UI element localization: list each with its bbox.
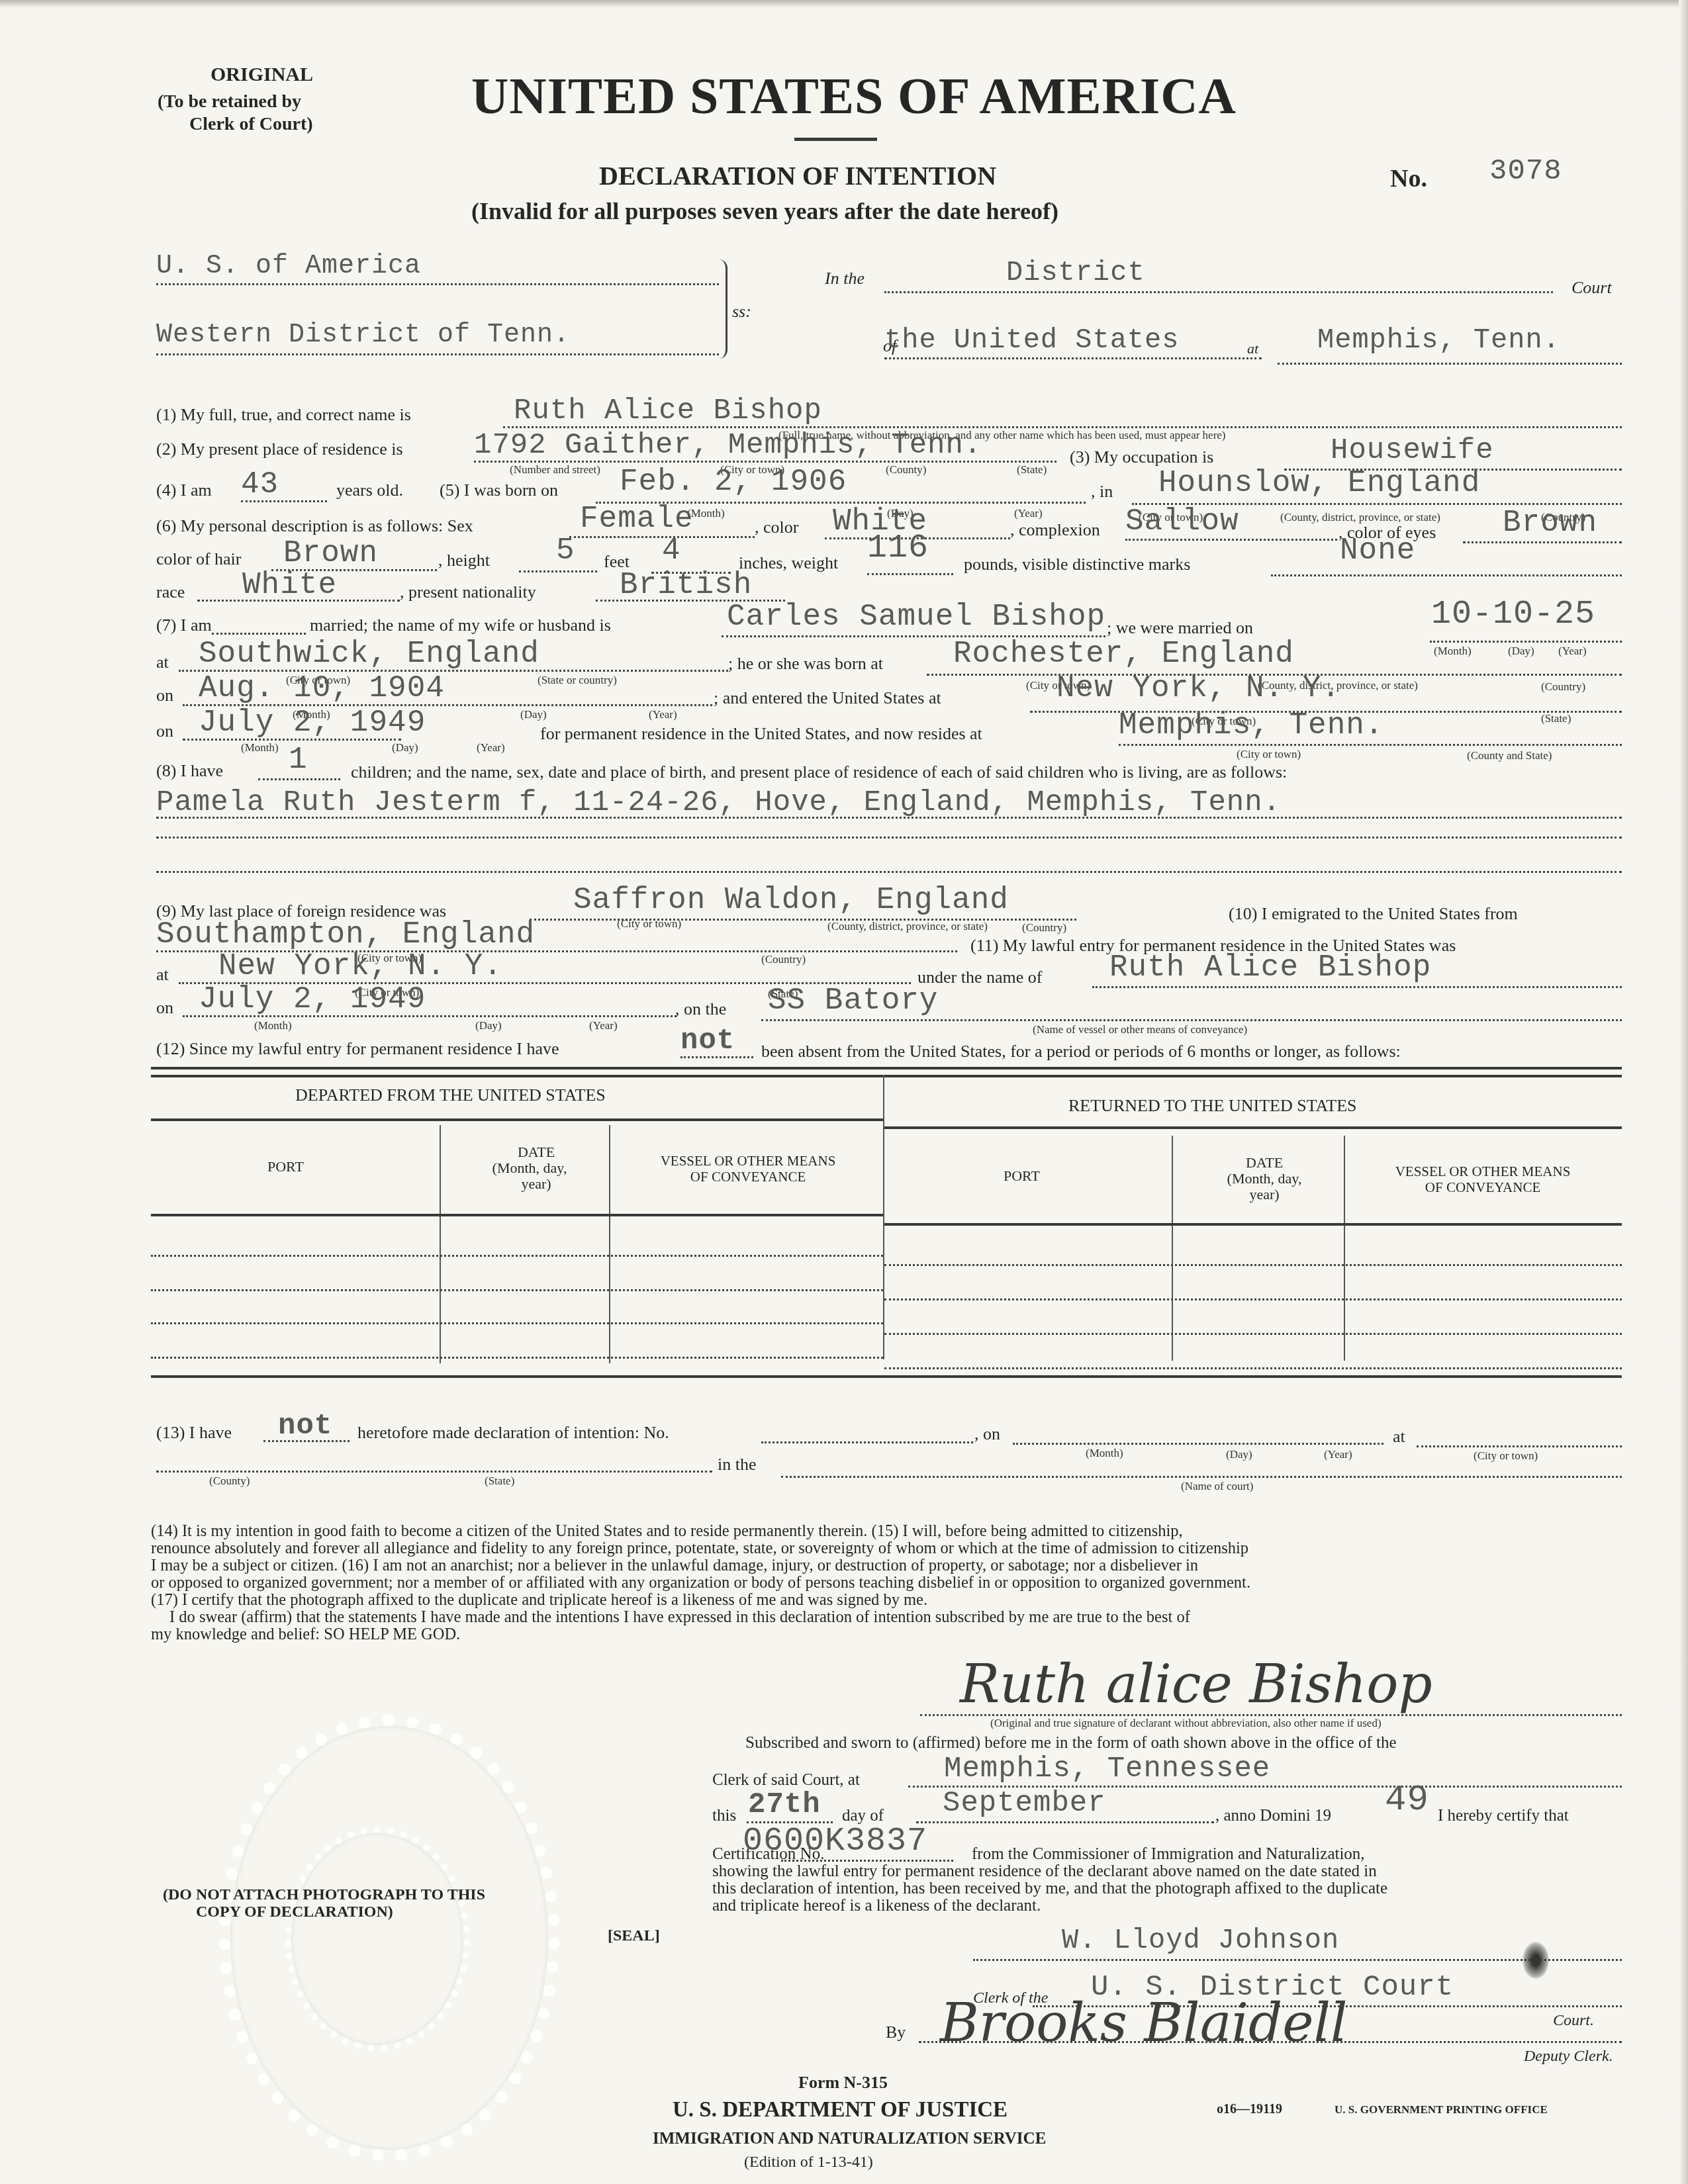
married-label: married; the name of my wife or husband … (310, 615, 611, 635)
in-label: , in (1091, 482, 1113, 502)
prior-state-sub: (State) (485, 1475, 514, 1488)
children-line-1: Pamela Ruth Jesterm f, 11-24-26, Hove, E… (156, 786, 1281, 819)
entry-day-sub: (Day) (475, 1019, 502, 1032)
marks: None (1340, 533, 1415, 568)
full-name-line (503, 426, 1622, 428)
hair-label: color of hair (156, 549, 242, 569)
at-label: at (1247, 340, 1258, 357)
color-label: , color (755, 518, 798, 537)
children-rule-2 (156, 837, 1622, 839)
absent-line (680, 1056, 753, 1058)
height-feet: 5 (556, 533, 575, 568)
foreign-county-sub: (County, district, province, or state) (827, 920, 988, 933)
race-label: race (156, 582, 185, 602)
q4-label: (4) I am (156, 480, 212, 500)
marriage-month-sub: (Month) (1434, 645, 1472, 658)
entry-date-line (183, 1015, 677, 1017)
returned-col-date-3: year) (1192, 1186, 1337, 1203)
venue-brace (719, 259, 727, 359)
anno-label: , anno Domini 19 (1215, 1807, 1331, 1825)
foreign-country-sub: (Country) (1022, 921, 1066, 934)
spouse-birth-year-sub: (Year) (649, 708, 677, 721)
resides-label: for permanent residence in the United St… (540, 724, 982, 744)
departed-col-date-1: DATE (470, 1144, 602, 1161)
entry-month-sub: (Month) (254, 1019, 292, 1032)
photo-note-2: COPY OF DECLARATION) (196, 1903, 393, 1921)
spouse-entry-month-sub: (Month) (241, 741, 279, 754)
birth-year-sub: (Year) (1014, 507, 1043, 520)
original-label: ORIGINAL (211, 64, 313, 86)
table-center-divider (883, 1075, 884, 1359)
complexion: Sallow (1125, 504, 1239, 539)
race-line (197, 600, 400, 602)
prior-city-sub: (City or town) (1474, 1449, 1538, 1463)
eyes-line (1463, 541, 1622, 543)
edition: (Edition of 1-13-41) (744, 2154, 873, 2171)
departed-row-1 (151, 1255, 883, 1257)
departed-row-2 (151, 1289, 883, 1291)
emigrated-from: Southampton, England (156, 917, 535, 952)
sex: Female (580, 502, 694, 536)
prior-number-line (761, 1441, 973, 1443)
departed-col-divider-1 (440, 1125, 441, 1363)
certify-label: I hereby certify that (1438, 1807, 1569, 1825)
vessel-sub: (Name of vessel or other means of convey… (1033, 1023, 1247, 1036)
eyes: Brown (1503, 506, 1597, 540)
spouse-entry-date-line (183, 739, 401, 741)
oath-line-4: or opposed to organized government; nor … (151, 1574, 1250, 1592)
vessel: SS Batory (768, 983, 938, 1018)
cert-no: 0600K3837 (743, 1823, 927, 1860)
prior-court-sub: (Name of court) (1181, 1480, 1254, 1493)
spouse-born-label: ; he or she was born at (728, 654, 883, 674)
weight-line (867, 573, 953, 575)
q2-label: (2) My present place of residence is (156, 439, 403, 459)
residence-sub-street: (Number and street) (510, 463, 600, 477)
departed-row-4 (151, 1357, 883, 1359)
departed-header: DEPARTED FROM THE UNITED STATES (295, 1085, 606, 1105)
returned-row-3 (884, 1333, 1622, 1335)
emigrated-country-sub: (Country) (761, 953, 806, 966)
table-top-rule-1 (151, 1067, 1622, 1069)
returned-col-divider-2 (1344, 1136, 1345, 1361)
court-label: Court (1571, 278, 1612, 298)
children-rule-1 (156, 817, 1622, 819)
court-type-line (884, 291, 1553, 293)
returned-col-date-2: (Month, day, (1185, 1170, 1344, 1187)
retained-note-1: (To be retained by (158, 91, 301, 113)
entry-year-sub: (Year) (589, 1019, 618, 1032)
pounds-label: pounds, visible distinctive marks (964, 555, 1190, 574)
marriage-year-sub: (Year) (1558, 645, 1587, 658)
entry-name-line (1092, 986, 1622, 988)
complexion-line (1125, 539, 1337, 541)
deputy-label: Deputy Clerk. (1524, 2048, 1613, 2066)
spouse-birth-day-sub: (Day) (520, 708, 547, 721)
oath-year-suffix: 49 (1385, 1780, 1429, 1821)
spouse-residence-state-sub: (County and State) (1467, 749, 1552, 762)
prior-at-label: at (1393, 1427, 1405, 1447)
retained-note-2: Clerk of Court) (189, 114, 313, 135)
oath-line-7: my knowledge and belief: SO HELP ME GOD. (151, 1625, 460, 1644)
entry-name: Ruth Alice Bishop (1109, 950, 1431, 985)
court-of: the United States (884, 324, 1179, 356)
vessel-line (761, 1019, 1622, 1021)
entry-place: New York, N. Y. (218, 949, 502, 983)
nationality-label: , present nationality (400, 582, 536, 602)
height-label: , height (438, 551, 490, 570)
ink-blot (1523, 1942, 1549, 1979)
prior-in-the-label: in the (718, 1455, 757, 1475)
marks-line (1271, 574, 1622, 576)
venue-country: U. S. of America (156, 251, 421, 281)
sworn-text: Subscribed and sworn to (affirmed) befor… (745, 1734, 1397, 1752)
prior-year-sub: (Year) (1324, 1448, 1352, 1461)
entered-label: ; and entered the United States at (714, 688, 941, 708)
court-of-line (884, 357, 1262, 359)
married-on-label: ; we were married on (1107, 618, 1253, 638)
marriage-date-line (1430, 641, 1622, 643)
marriage-place: Southwick, England (199, 637, 539, 671)
returned-col-divider-1 (1172, 1136, 1173, 1361)
entry-on-label: on (156, 998, 173, 1018)
table-top-rule-2 (151, 1075, 1622, 1077)
weight: 116 (867, 529, 929, 567)
document-page: ORIGINAL (To be retained by Clerk of Cou… (0, 0, 1688, 2184)
nationality: British (620, 568, 752, 602)
cert-text-1: from the Commissioner of Immigration and… (972, 1845, 1365, 1864)
form-title: DECLARATION OF INTENTION (599, 160, 996, 191)
oath-line-1: (14) It is my intention in good faith to… (151, 1522, 1183, 1541)
returned-row-4 (884, 1367, 1622, 1369)
printer: U. S. GOVERNMENT PRINTING OFFICE (1335, 2103, 1548, 2116)
prior-date-line (1013, 1443, 1383, 1445)
table-bottom-rule (151, 1375, 1622, 1378)
departed-col-vessel-1: VESSEL OR OTHER MEANS (622, 1153, 874, 1169)
birth-date: Feb. 2, 1906 (620, 465, 847, 499)
residence-line (474, 461, 1056, 463)
department: U. S. DEPARTMENT OF JUSTICE (673, 2098, 1008, 2122)
print-code: o16—19119 (1217, 2102, 1282, 2117)
spouse-birthplace: Rochester, England (953, 637, 1294, 671)
clerk-name: W. Lloyd Johnson (1062, 1925, 1339, 1956)
foreign-city-sub: (City or town) (617, 917, 681, 931)
spouse-entry-on-label: on (156, 721, 173, 741)
prior-city-line (1417, 1445, 1622, 1447)
q13-label: (13) I have (156, 1423, 232, 1443)
spouse-residence: Memphis, Tenn. (1119, 708, 1383, 743)
departed-col-header-rule (151, 1214, 883, 1216)
venue-line-1 (156, 283, 719, 285)
inches-label: inches, weight (739, 553, 838, 573)
prior-court-line (781, 1476, 1622, 1478)
departed-row-3 (151, 1322, 883, 1324)
scan-top-edge (0, 0, 1688, 8)
returned-col-vessel-1: VESSEL OR OTHER MEANS (1350, 1163, 1615, 1180)
q6-label: (6) My personal description is as follow… (156, 516, 473, 536)
height-inches: 4 (662, 533, 681, 568)
deputy-signature-line (919, 2041, 1622, 2043)
hair: Brown (283, 536, 378, 570)
years-old-label: years old. (336, 480, 403, 500)
validity-note: (Invalid for all purposes seven years af… (471, 197, 1058, 225)
age: 43 (241, 467, 279, 502)
spouse-residence-city-sub: (City or town) (1237, 748, 1301, 761)
court-label-bottom: Court. (1553, 2012, 1594, 2030)
q10-label: (10) I emigrated to the United States fr… (1229, 904, 1518, 924)
marriage-country-sub: (State or country) (538, 674, 617, 687)
declaration-number: 3078 (1489, 155, 1562, 188)
prior-declaration-value: not (278, 1410, 332, 1443)
departed-col-vessel-2: OF CONVEYANCE (622, 1169, 874, 1185)
spouse-birth-date: Aug. 10, 1904 (199, 671, 445, 705)
q3-label: (3) My occupation is (1070, 447, 1213, 467)
returned-row-2 (884, 1298, 1622, 1300)
spouse-entry-day-sub: (Day) (392, 741, 418, 754)
children-count-line (258, 778, 340, 780)
q12-label: (12) Since my lawful entry for permanent… (156, 1039, 559, 1059)
marriage-day-sub: (Day) (1508, 645, 1534, 658)
prior-county-state-line (156, 1471, 712, 1473)
in-the-label: In the (825, 269, 865, 289)
marriage-date: 10-10-25 (1431, 596, 1595, 633)
oath-month-line (916, 1821, 1214, 1823)
court-location: Memphis, Tenn. (1317, 324, 1560, 356)
oath-month: September (943, 1787, 1106, 1820)
marital-status-line (212, 633, 306, 635)
complexion-label: , complexion (1010, 520, 1100, 540)
oath-line-5: (17) I certify that the photograph affix… (151, 1591, 927, 1610)
signature-note: (Original and true signature of declaran… (990, 1717, 1382, 1730)
venue-district: Western District of Tenn. (156, 320, 570, 350)
number-label: No. (1390, 164, 1427, 193)
spouse-residence-line (1119, 744, 1622, 746)
spouse-born-on-label: on (156, 686, 173, 705)
court-type: District (1006, 257, 1145, 289)
last-foreign-residence-line (530, 919, 1076, 921)
oath-line-2: renounce absolutely and forever all alle… (151, 1539, 1248, 1558)
returned-header: RETURNED TO THE UNITED STATES (1068, 1096, 1357, 1116)
declarant-signature: Ruth alice Bishop (960, 1653, 1432, 1715)
spouse-entry-place: New York, N. Y. (1056, 671, 1340, 705)
cert-no-line (781, 1860, 953, 1862)
spouse-entry-state-sub: (State) (1541, 712, 1571, 725)
q5-label: (5) I was born on (440, 480, 558, 500)
birth-place: Hounslow, England (1158, 466, 1480, 500)
departed-header-rule (151, 1118, 883, 1121)
departed-col-divider-2 (609, 1125, 610, 1363)
oath-day: 27th (748, 1788, 821, 1821)
children-text: children; and the name, sex, date and pl… (351, 762, 1287, 782)
returned-col-vessel-2: OF CONVEYANCE (1350, 1179, 1615, 1196)
prior-on-label: , on (974, 1424, 1000, 1444)
deputy-signature: Brooks Blaidell (940, 1992, 1348, 2054)
occupation: Housewife (1331, 434, 1494, 467)
absent-value: not (680, 1024, 735, 1058)
residence-sub-county: (County) (886, 463, 926, 477)
q12-rest: been absent from the United States, for … (761, 1042, 1401, 1062)
prior-month-sub: (Month) (1086, 1447, 1123, 1460)
by-label: By (886, 2023, 906, 2042)
spouse-entry-date: July 2, 1949 (199, 705, 426, 740)
full-name: Ruth Alice Bishop (514, 394, 822, 428)
clerk-at-label: Clerk of said Court, at (712, 1771, 860, 1790)
q13-rest: heretofore made declaration of intention… (357, 1423, 669, 1443)
returned-col-date-1: DATE (1192, 1154, 1337, 1171)
q1-label: (1) My full, true, and correct name is (156, 405, 411, 425)
cert-text-3: this declaration of intention, has been … (712, 1880, 1387, 1898)
returned-row-1 (884, 1264, 1622, 1266)
returned-header-rule (884, 1126, 1622, 1129)
court-location-line (1278, 363, 1622, 365)
height-feet-line (519, 570, 597, 572)
country-title: UNITED STATES OF AMERICA (471, 66, 1237, 126)
spouse-name: Carles Samuel Bishop (727, 600, 1105, 634)
oath-line-3: I may be a subject or citizen. (16) I am… (151, 1557, 1198, 1575)
photo-note-1: (DO NOT ATTACH PHOTOGRAPH TO THIS (163, 1886, 485, 1904)
residence-sub-state: (State) (1017, 463, 1047, 477)
oath-line-6: I do swear (affirm) that the statements … (169, 1608, 1190, 1627)
spouse-birth-country-sub: (Country) (1541, 680, 1585, 694)
q7-label: (7) I am (156, 615, 212, 635)
residence: 1792 Gaither, Memphis, Tenn. (474, 429, 982, 462)
children-count: 1 (289, 743, 308, 777)
q8-label: (8) I have (156, 761, 223, 781)
prior-county-sub: (County) (209, 1475, 250, 1488)
ss-label: ss: (732, 302, 751, 322)
form-number: Form N-315 (798, 2073, 888, 2093)
on-the-label: , on the (675, 999, 726, 1019)
service: IMMIGRATION AND NATURALIZATION SERVICE (653, 2130, 1046, 2148)
departed-col-port: PORT (267, 1158, 304, 1175)
entry-date: July 2, 1949 (199, 982, 426, 1017)
seal-label: [SEAL] (608, 1927, 660, 1945)
race: White (242, 568, 337, 602)
spouse-entry-year-sub: (Year) (477, 741, 505, 754)
embossed-seal-inner (285, 1827, 470, 2052)
prior-day-sub: (Day) (1226, 1448, 1252, 1461)
oath-place: Memphis, Tennessee (944, 1752, 1270, 1786)
scan-right-edge (1679, 0, 1688, 2184)
cert-text-2: showing the lawful entry for permanent r… (712, 1862, 1377, 1881)
departed-col-date-2: (Month, day, (457, 1160, 602, 1177)
marriage-at-label: at (156, 653, 169, 672)
birth-county-sub: (County, district, province, or state) (1280, 511, 1440, 524)
last-foreign-residence: Saffron Waldon, England (573, 883, 1009, 917)
returned-col-header-rule (884, 1223, 1622, 1226)
title-rule (794, 138, 877, 141)
returned-col-port: PORT (1004, 1167, 1040, 1185)
this-label: this (712, 1807, 736, 1825)
departed-col-date-3: year) (470, 1175, 602, 1193)
venue-line-2 (156, 353, 719, 355)
prior-declaration-line (263, 1440, 350, 1442)
declarant-signature-line (920, 1714, 1622, 1716)
children-rule-3 (156, 871, 1622, 873)
age-line (241, 500, 327, 502)
entry-at-label: at (156, 965, 169, 985)
cert-text-4: and triplicate hereof is a likeness of t… (712, 1897, 1041, 1915)
